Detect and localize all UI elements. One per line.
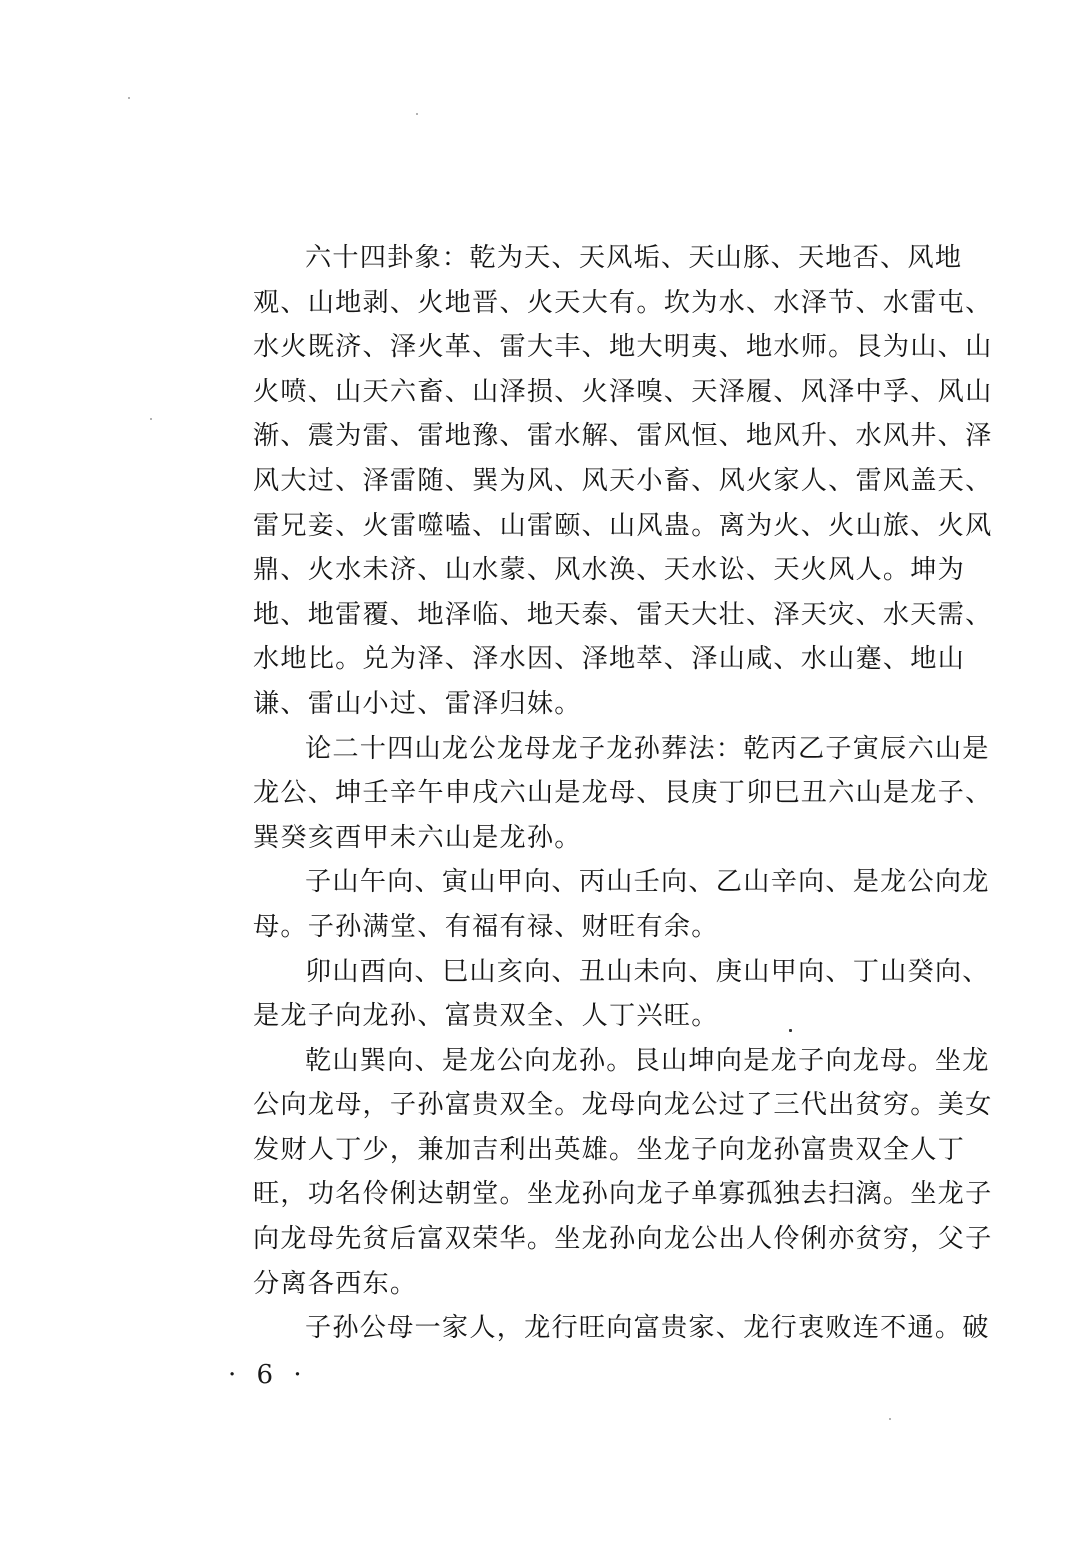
text-line: 渐、震为雷、雷地豫、雷水解、雷风恒、地风升、水风井、泽 bbox=[201, 414, 909, 459]
text-line: 论二十四山龙公龙母龙子龙孙葬法：乾丙乙子寅辰六山是 bbox=[201, 727, 909, 772]
paragraph-sitting-facing: 乾山巽向、是龙公向龙孙。艮山坤向是龙子向龙母。坐龙 公向龙母，子孙富贵双全。龙母… bbox=[201, 1039, 909, 1307]
text-line: 观、山地剥、火地晋、火天大有。坎为水、水泽节、水雷屯、 bbox=[201, 281, 909, 326]
paragraph-hexagrams: 六十四卦象：乾为天、天风垢、天山豚、天地否、风地 观、山地剥、火地晋、火天大有。… bbox=[201, 236, 909, 727]
text-line: 龙公、坤壬辛午申戌六山是龙母、艮庚丁卯巳丑六山是龙子、 bbox=[201, 771, 909, 816]
scan-speck bbox=[889, 1418, 891, 1420]
text-line: 雷兄妾、火雷噬嗑、山雷颐、山风蛊。离为火、火山旅、火风 bbox=[201, 504, 909, 549]
text-line: 鼎、火水未济、山水蒙、风水涣、天水讼、天火风人。坤为 bbox=[201, 548, 909, 593]
text-line: 六十四卦象：乾为天、天风垢、天山豚、天地否、风地 bbox=[201, 236, 909, 281]
text-line: 是龙子向龙孙、富贵双全、人丁兴旺。 bbox=[201, 994, 909, 1039]
text-line: 旺，功名伶俐达朝堂。坐龙孙向龙子单寡孤独去扫漓。坐龙子 bbox=[201, 1172, 909, 1217]
scan-speck bbox=[416, 113, 418, 115]
text-line: 巽癸亥酉甲未六山是龙孙。 bbox=[201, 816, 909, 861]
text-line: 子山午向、寅山甲向、丙山壬向、乙山辛向、是龙公向龙 bbox=[201, 860, 909, 905]
scan-speck bbox=[150, 418, 152, 420]
document-body: 六十四卦象：乾为天、天风垢、天山豚、天地否、风地 观、山地剥、火地晋、火天大有。… bbox=[201, 236, 909, 1351]
text-line: 风大过、泽雷随、巽为风、风天小畜、风火家人、雷风盖天、 bbox=[201, 459, 909, 504]
text-line: 分离各西东。 bbox=[201, 1262, 909, 1307]
text-line: 水地比。兑为泽、泽水因、泽地萃、泽山咸、水山蹇、地山 bbox=[201, 637, 909, 682]
text-line: 乾山巽向、是龙公向龙孙。艮山坤向是龙子向龙母。坐龙 bbox=[201, 1039, 909, 1084]
paragraph-burial-method: 论二十四山龙公龙母龙子龙孙葬法：乾丙乙子寅辰六山是 龙公、坤壬辛午申戌六山是龙母… bbox=[201, 727, 909, 861]
text-line: 向龙母先贫后富双荣华。坐龙孙向龙公出人伶俐亦贫穷，父子 bbox=[201, 1217, 909, 1262]
page-number: · 6 · bbox=[228, 1358, 308, 1392]
text-line: 水火既济、泽火革、雷大丰、地大明夷、地水师。艮为山、山 bbox=[201, 325, 909, 370]
paragraph-dragon-son-grandson: 卯山酉向、巳山亥向、丑山未向、庚山甲向、丁山癸向、 是龙子向龙孙、富贵双全、人丁… bbox=[201, 950, 909, 1039]
paragraph-dragon-father-mother: 子山午向、寅山甲向、丙山壬向、乙山辛向、是龙公向龙 母。子孙满堂、有福有禄、财旺… bbox=[201, 860, 909, 949]
paragraph-family: 子孙公母一家人，龙行旺向富贵家、龙行衷败连不通。破 bbox=[201, 1306, 909, 1351]
text-line: 火喷、山天六畜、山泽损、火泽嗅、天泽履、风泽中孚、风山 bbox=[201, 370, 909, 415]
scan-speck bbox=[128, 97, 130, 99]
scan-speck bbox=[789, 1029, 792, 1032]
text-line: 地、地雷覆、地泽临、地天泰、雷天大壮、泽天灾、水天需、 bbox=[201, 593, 909, 638]
text-line: 子孙公母一家人，龙行旺向富贵家、龙行衷败连不通。破 bbox=[201, 1306, 909, 1351]
text-line: 公向龙母，子孙富贵双全。龙母向龙公过了三代出贫穷。美女 bbox=[201, 1083, 909, 1128]
text-line: 卯山酉向、巳山亥向、丑山未向、庚山甲向、丁山癸向、 bbox=[201, 950, 909, 995]
text-line: 发财人丁少，兼加吉利出英雄。坐龙子向龙孙富贵双全人丁 bbox=[201, 1128, 909, 1173]
text-line: 谦、雷山小过、雷泽归妹。 bbox=[201, 682, 909, 727]
text-line: 母。子孙满堂、有福有禄、财旺有余。 bbox=[201, 905, 909, 950]
